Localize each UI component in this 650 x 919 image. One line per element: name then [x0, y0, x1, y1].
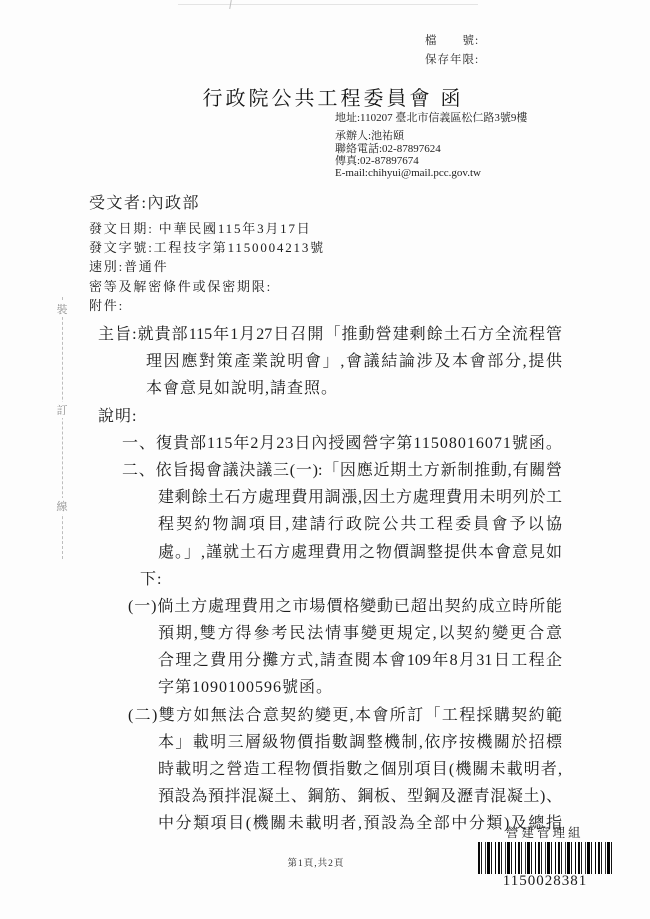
- contact-officer: 承辦人:池祐頤: [335, 130, 527, 142]
- meta-line: 速別:普通件: [89, 257, 325, 276]
- retention-label: 保存年限:: [425, 51, 479, 70]
- unit-stamp: 營建管理組: [503, 823, 587, 843]
- meta-line: 密等及解密條件或保密期限:: [89, 277, 325, 296]
- body-line: 本」載明三層級物價指數調整機制,依序按機關於招標: [158, 729, 562, 756]
- filing-block: 檔 號: 保存年限:: [425, 32, 479, 70]
- body-line: 中分類項目(機關未載明者,預設為全部中分類)及總指: [158, 810, 562, 837]
- contact-email: E-mail:chihyui@mail.pcc.gov.tw: [335, 167, 527, 179]
- body-line: 主旨:就貴部115年1月27日召開「推動營建剩餘土石方全流程管: [98, 321, 562, 348]
- barcode-number: 1150028381: [478, 873, 612, 890]
- recipient-line: 受文者:內政部: [89, 190, 200, 213]
- body-line: 本會意見如說明,請查照。: [146, 375, 562, 402]
- body-line: 時載明之營造工程物價指數之個別項目(機關未載明者,: [158, 756, 562, 783]
- document-page: 檔 號: 保存年限: 行政院公共工程委員會 函 地址:110207 臺北市信義區…: [0, 0, 650, 919]
- body-line: 一、復貴部115年2月23日內授國營字第11508016071號函。: [122, 430, 562, 457]
- body-line: 合理之費用分攤方式,請查閱本會109年8月31日工程企: [158, 647, 562, 674]
- document-title: 行政院公共工程委員會 函: [0, 82, 650, 111]
- body-line: 二、依旨揭會議決議三(一):「因應近期土方新制推動,有關營: [122, 457, 562, 484]
- document-body: 主旨:就貴部115年1月27日召開「推動營建剩餘土石方全流程管理因應對策產業說明…: [0, 321, 650, 838]
- meta-block: 發文日期: 中華民國115年3月17日發文字號:工程技字第1150004213號…: [89, 219, 325, 315]
- body-line: 說明:: [98, 403, 562, 430]
- meta-line: 附件:: [89, 296, 325, 315]
- contact-fax: 傳真:02-87897674: [335, 155, 527, 167]
- body-line: 預期,雙方得參考民法情事變更規定,以契約變更合意: [158, 620, 562, 647]
- body-line: 建剩餘土石方處理費用調漲,因土方處理費用未明列於工: [158, 484, 562, 511]
- contact-phone: 聯絡電話:02-87897624: [335, 143, 527, 155]
- body-line: 下:: [140, 566, 562, 593]
- contact-address: 地址:110207 臺北市信義區松仁路3號9樓: [335, 112, 527, 124]
- page-indicator: 第1頁,共2頁: [0, 855, 632, 869]
- body-line: (二)雙方如無法合意契約變更,本會所訂「工程採購契約範: [128, 702, 562, 729]
- binding-mark: 裝: [54, 301, 70, 317]
- body-line: 理因應對策產業說明會」,會議結論涉及本會部分,提供: [146, 348, 562, 375]
- contact-block: 地址:110207 臺北市信義區松仁路3號9樓 承辦人:池祐頤 聯絡電話:02-…: [335, 112, 527, 179]
- meta-line: 發文日期: 中華民國115年3月17日: [89, 219, 325, 238]
- body-line: 預設為預拌混凝土、鋼筋、鋼板、型鋼及瀝青混凝土)、: [158, 783, 562, 810]
- body-line: 程契約物調項目,建請行政院公共工程委員會予以協: [158, 511, 562, 538]
- body-line: 字第1090100596號函。: [158, 674, 562, 701]
- meta-line: 發文字號:工程技字第1150004213號: [89, 238, 325, 257]
- body-line: 處。」,謹就土石方處理費用之物價調整提供本會意見如: [158, 539, 562, 566]
- scan-artifact-line: [178, 4, 478, 5]
- body-line: (一)倘土方處理費用之市場價格變動已超出契約成立時所能: [128, 593, 562, 620]
- file-number-label: 檔 號:: [425, 32, 479, 51]
